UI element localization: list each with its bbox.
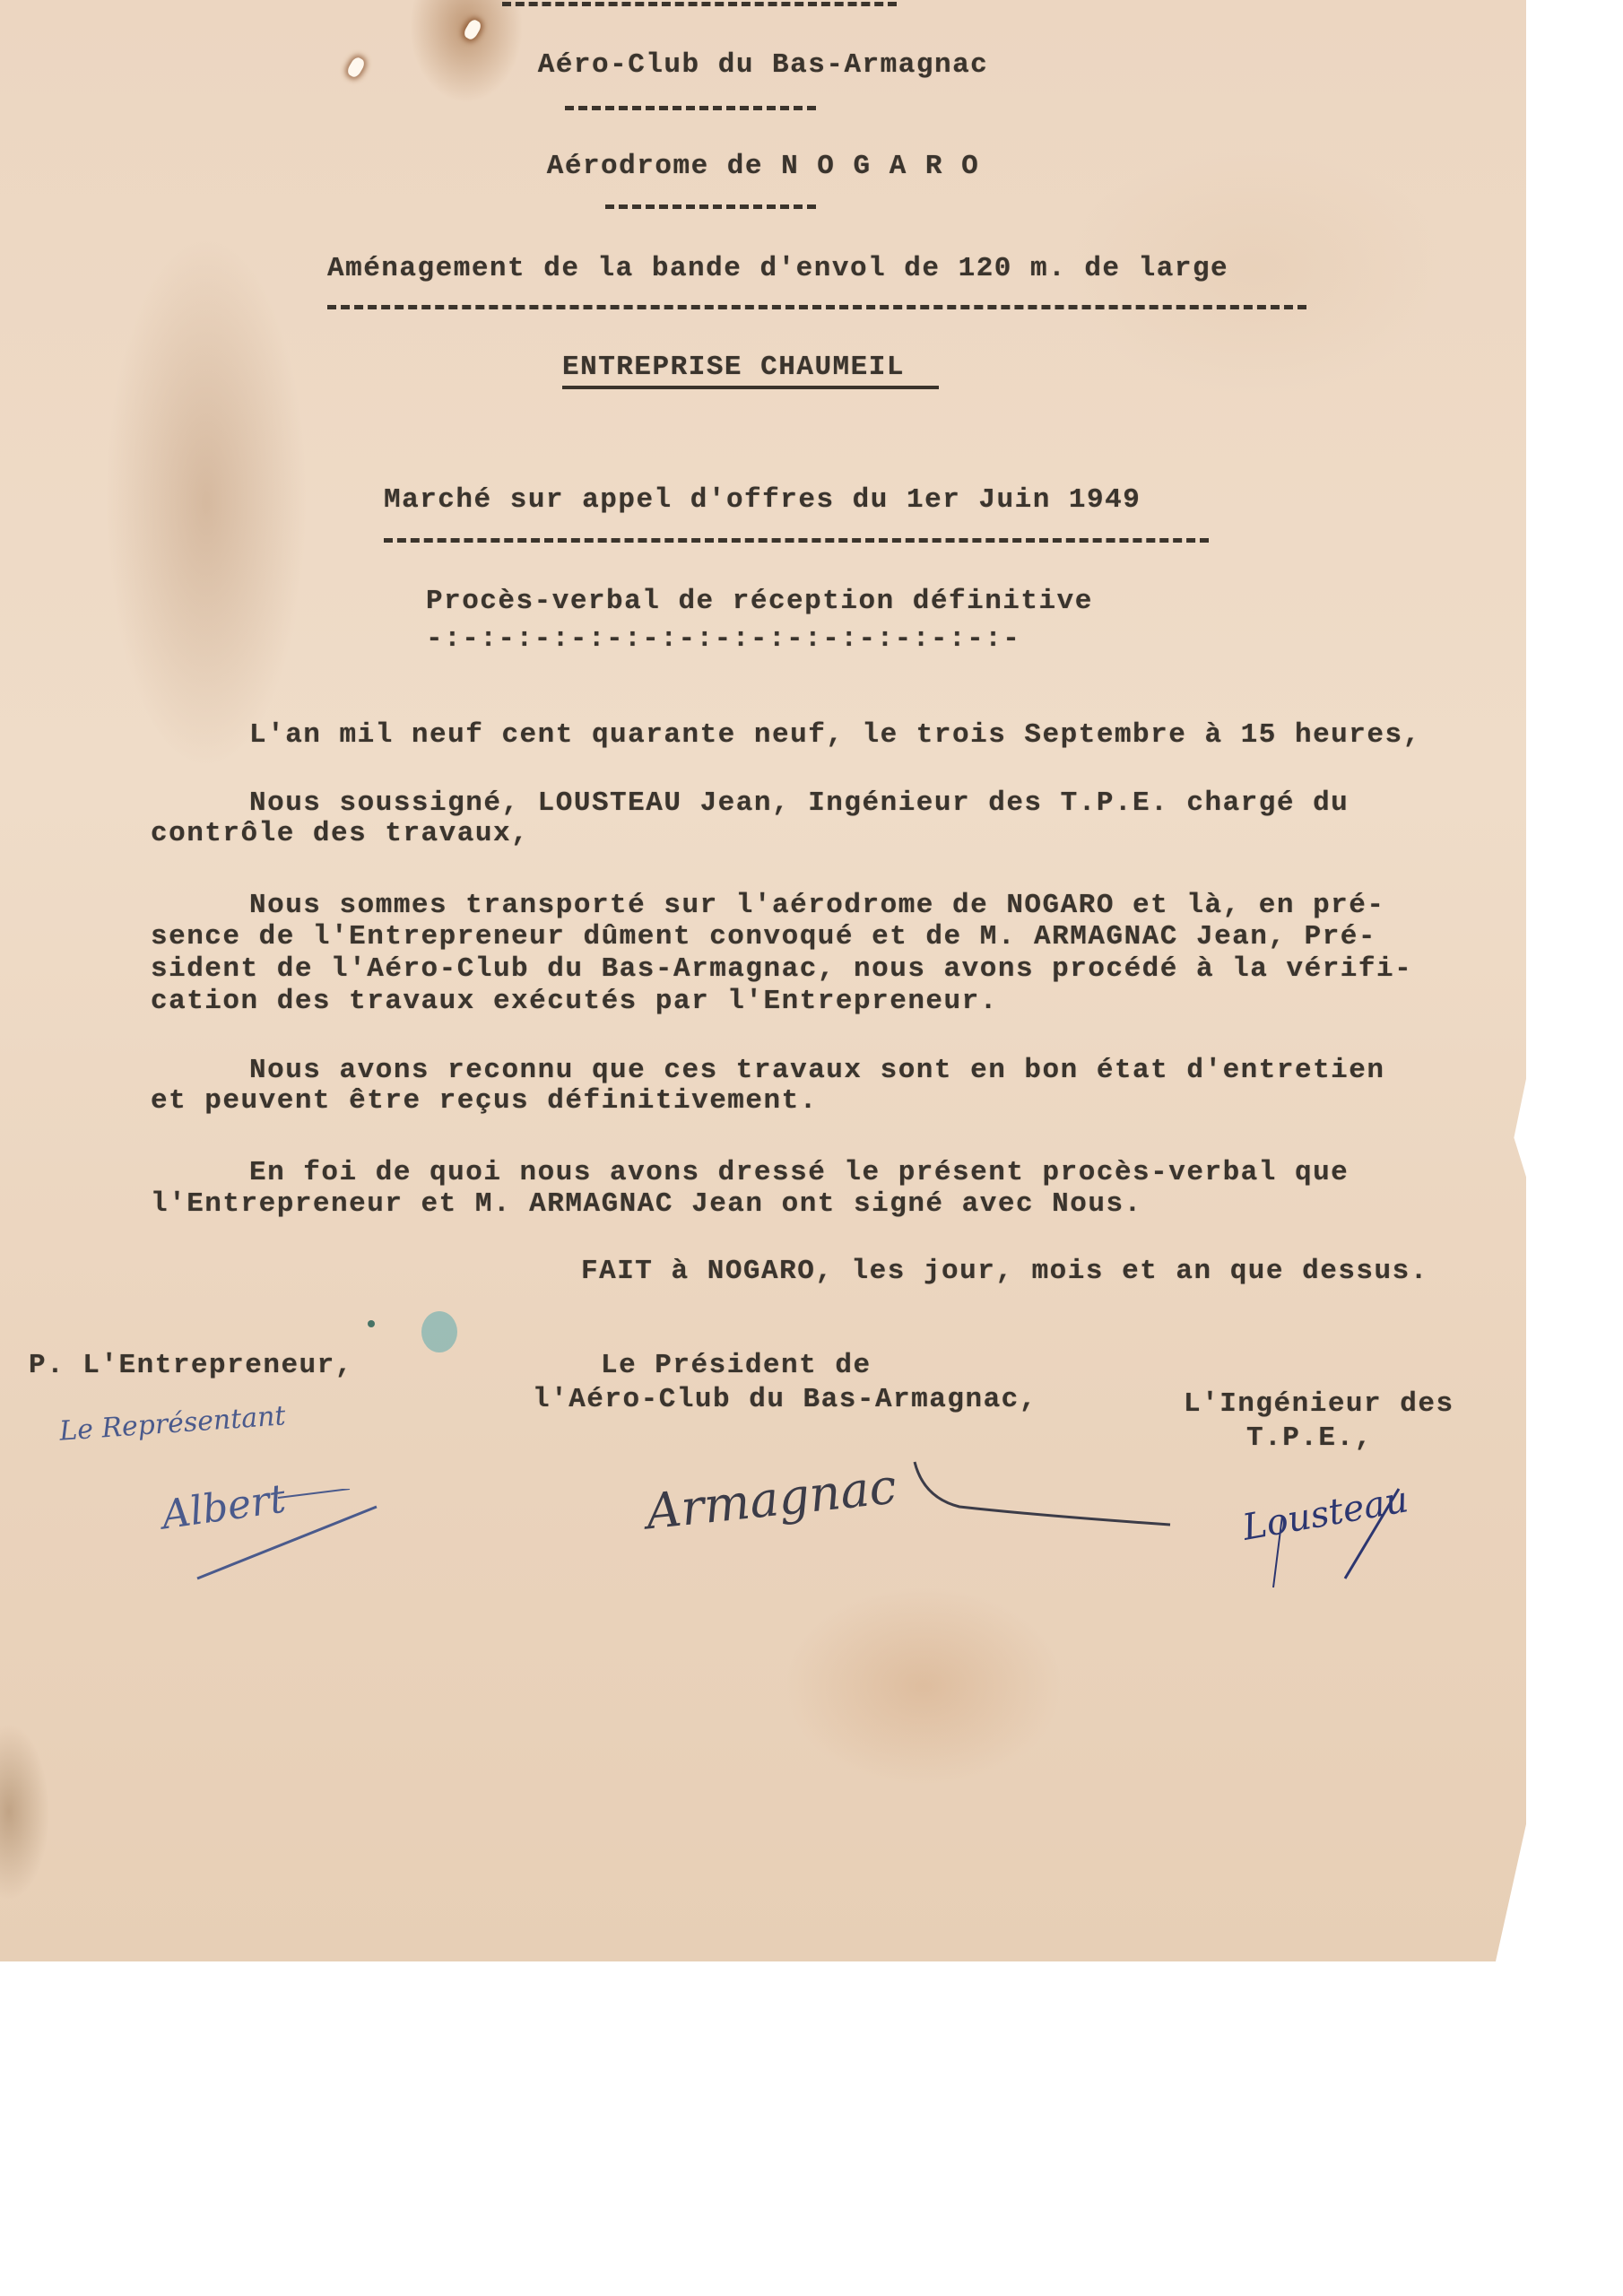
paragraph-acceptance-l1: Nous avons reconnu que ces travaux sont … [249, 1055, 1385, 1086]
ink-dot [368, 1320, 375, 1327]
paragraph-inspection-l1: Nous sommes transporté sur l'aérodrome d… [249, 890, 1385, 921]
engineer-label-l1: L'Ingénieur des [1184, 1388, 1454, 1420]
club-heading: Aéro-Club du Bas-Armagnac [0, 49, 1526, 81]
aerodrome-underline [605, 204, 816, 209]
document-title: Procès-verbal de réception définitive [426, 586, 1093, 617]
entrepreneur-handwritten-title: Le Représentant [58, 1400, 286, 1448]
document-paper: Aéro-Club du Bas-Armagnac Aérodrome de N… [0, 0, 1526, 1961]
contractor-underline [562, 386, 939, 389]
contractor-heading: ENTREPRISE CHAUMEIL [562, 352, 905, 383]
paragraph-inspection-l3: sident de l'Aéro-Club du Bas-Armagnac, n… [151, 953, 1412, 985]
entrepreneur-label: P. L'Entrepreneur, [29, 1350, 353, 1381]
paragraph-inspection-l2: sence de l'Entrepreneur dûment convoqué … [151, 921, 1376, 952]
staple-hole [462, 18, 482, 41]
paragraph-witness-l1: En foi de quoi nous avons dressé le prés… [249, 1157, 1349, 1188]
title-ornament: -:-:-:-:-:-:-:-:-:-:-:-:-:-:-:-:- [426, 623, 1020, 655]
header-top-rule [502, 2, 897, 6]
closing-line: FAIT à NOGARO, les jour, mois et an que … [581, 1256, 1428, 1287]
paragraph-acceptance-l2: et peuvent être reçus définitivement. [151, 1085, 818, 1117]
paragraph-witness-l2: l'Entrepreneur et M. ARMAGNAC Jean ont s… [151, 1188, 1142, 1220]
engineer-label-l2: T.P.E., [1246, 1422, 1373, 1454]
signature-block-entrepreneur: P. L'Entrepreneur, [29, 1350, 353, 1381]
paragraph-undersigned-l2: contrôle des travaux, [151, 818, 529, 849]
engineer-signature-stroke [1255, 1480, 1417, 1596]
ink-blot [421, 1311, 457, 1352]
paragraph-inspection-l4: cation des travaux exécutés par l'Entrep… [151, 986, 998, 1017]
project-heading: Aménagement de la bande d'envol de 120 m… [327, 253, 1228, 284]
entrepreneur-signature-stroke [179, 1489, 395, 1587]
president-label-l2: l'Aéro-Club du Bas-Armagnac, [533, 1384, 1037, 1415]
club-underline [565, 106, 816, 110]
water-stain [0, 1704, 72, 1937]
tender-line: Marché sur appel d'offres du 1er Juin 19… [384, 484, 1141, 516]
president-signature-stroke [807, 1453, 1184, 1543]
aerodrome-heading: Aérodrome de N O G A R O [0, 151, 1526, 182]
paragraph-undersigned-l1: Nous soussigné, LOUSTEAU Jean, Ingénieur… [249, 787, 1349, 819]
tender-underline [384, 538, 1209, 543]
project-underline [327, 305, 1306, 309]
president-label-l1: Le Président de [601, 1350, 872, 1381]
paragraph-date: L'an mil neuf cent quarante neuf, le tro… [249, 719, 1421, 751]
